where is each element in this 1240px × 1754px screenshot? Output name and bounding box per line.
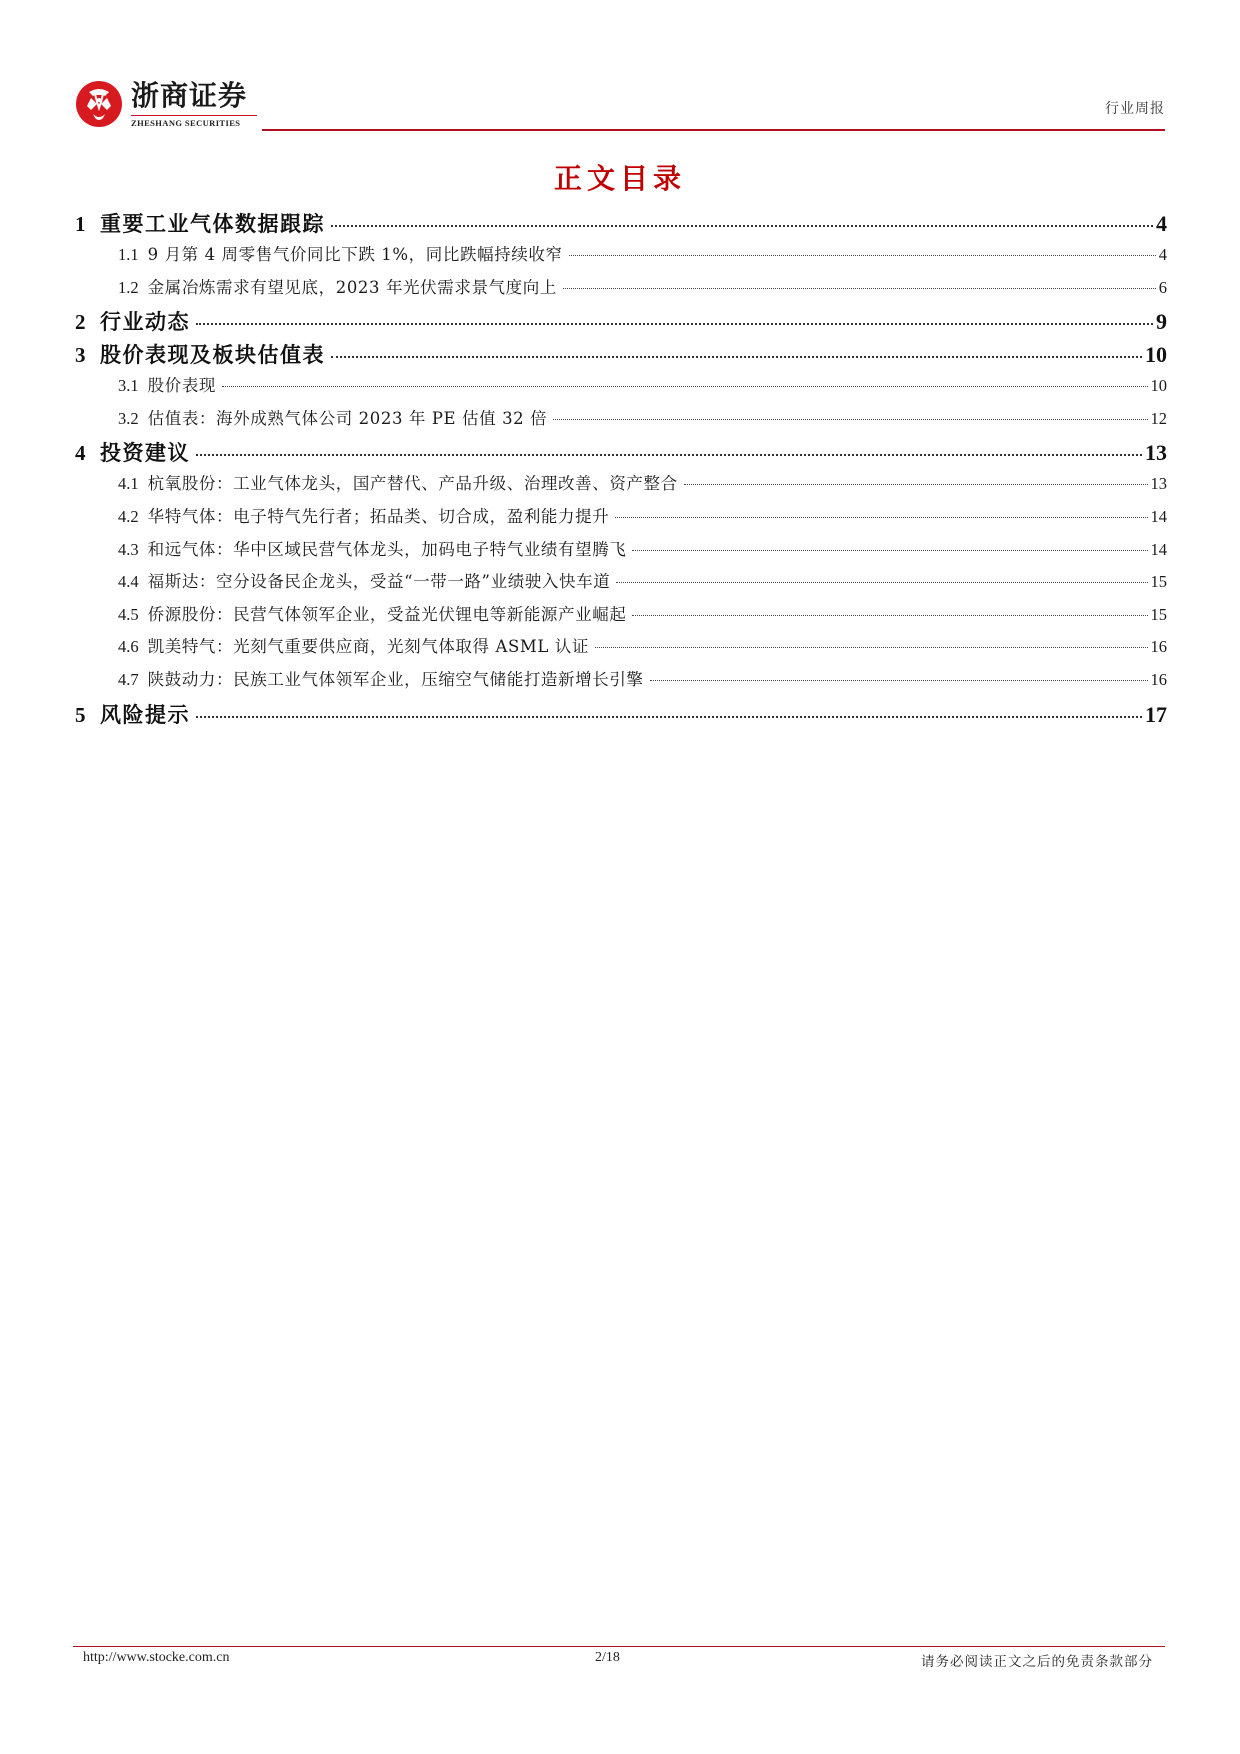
toc-entry-3[interactable]: 3 股价表现及板块估值表 10 xyxy=(75,339,1167,372)
toc-entry-page[interactable]: 13 xyxy=(1145,440,1167,466)
toc-entry-title[interactable]: 9 月第 4 周零售气价同比下跌 1%，同比跌幅持续收窄 xyxy=(148,241,563,265)
toc-entry-page[interactable]: 16 xyxy=(1151,670,1168,690)
toc-entry-page[interactable]: 10 xyxy=(1145,342,1167,368)
toc-entry-number: 4.4 xyxy=(118,572,139,592)
toc-entry-5[interactable]: 5 风险提示 17 xyxy=(75,699,1167,732)
toc-entry-page[interactable]: 4 xyxy=(1156,211,1167,237)
company-logo: 浙商证券 ZHESHANG SECURITIES xyxy=(75,76,265,136)
toc-entry-title[interactable]: 股价表现 xyxy=(148,372,216,396)
toc-entry-4-5[interactable]: 4.5 侨源股份：民营气体领军企业，受益光伏锂电等新能源产业崛起 15 xyxy=(75,601,1167,634)
dot-leader xyxy=(684,484,1148,485)
disclaimer-note: 请务必阅读正文之后的免责条款部分 xyxy=(921,1650,1153,1670)
toc-entry-4-4[interactable]: 4.4 福斯达：空分设备民企龙头，受益“一带一路”业绩驶入快车道 15 xyxy=(75,568,1167,601)
dot-leader xyxy=(222,386,1147,387)
toc-entry-number: 3 xyxy=(75,343,100,368)
toc-entry-1-1[interactable]: 1.1 9 月第 4 周零售气价同比下跌 1%，同比跌幅持续收窄 4 xyxy=(75,241,1167,274)
toc-entry-3-2[interactable]: 3.2 估值表：海外成熟气体公司 2023 年 PE 估值 32 倍 12 xyxy=(75,405,1167,438)
logo-chinese-name: 浙商证券 xyxy=(131,80,247,112)
dot-leader xyxy=(569,255,1156,256)
toc-entry-page[interactable]: 12 xyxy=(1151,409,1168,429)
dot-leader xyxy=(616,582,1147,583)
dot-leader xyxy=(632,550,1147,551)
toc-entry-title[interactable]: 侨源股份：民营气体领军企业，受益光伏锂电等新能源产业崛起 xyxy=(148,601,627,625)
toc-entry-4-6[interactable]: 4.6 凯美特气：光刻气重要供应商，光刻气体取得 ASML 认证 16 xyxy=(75,633,1167,666)
page-number: 2/18 xyxy=(595,1650,620,1666)
toc-entry-page[interactable]: 15 xyxy=(1151,572,1168,592)
footer-divider xyxy=(73,1646,1165,1647)
dot-leader xyxy=(632,615,1147,616)
toc-entry-title[interactable]: 陕鼓动力：民族工业气体领军企业，压缩空气储能打造新增长引擎 xyxy=(148,666,644,690)
toc-entry-title[interactable]: 和远气体：华中区域民营气体龙头，加码电子特气业绩有望腾飞 xyxy=(148,536,627,560)
page-header: 浙商证券 ZHESHANG SECURITIES 行业周报 xyxy=(75,76,1165,136)
toc-entry-number: 4.6 xyxy=(118,637,139,657)
toc-entry-title[interactable]: 重要工业气体数据跟踪 xyxy=(100,208,325,238)
toc-entry-title[interactable]: 风险提示 xyxy=(100,699,190,729)
toc-entry-number: 4 xyxy=(75,441,100,466)
website-link[interactable]: http://www.stocke.com.cn xyxy=(83,1650,229,1666)
toc-entry-title[interactable]: 华特气体：电子特气先行者；拓品类、切合成，盈利能力提升 xyxy=(148,503,610,527)
toc-entry-number: 4.7 xyxy=(118,670,139,690)
toc-entry-title[interactable]: 凯美特气：光刻气重要供应商，光刻气体取得 ASML 认证 xyxy=(148,633,589,657)
dot-leader xyxy=(331,225,1153,227)
toc-entry-page[interactable]: 16 xyxy=(1151,637,1168,657)
toc-entry-title[interactable]: 投资建议 xyxy=(100,437,190,467)
header-divider xyxy=(262,129,1165,131)
dot-leader xyxy=(615,517,1147,518)
toc-entry-number: 4.3 xyxy=(118,540,139,560)
toc-entry-2[interactable]: 2 行业动态 9 xyxy=(75,306,1167,339)
toc-entry-3-1[interactable]: 3.1 股价表现 10 xyxy=(75,372,1167,405)
dot-leader xyxy=(196,454,1142,456)
toc-entry-title[interactable]: 行业动态 xyxy=(100,306,190,336)
dot-leader xyxy=(595,647,1148,648)
toc-entry-title[interactable]: 福斯达：空分设备民企龙头，受益“一带一路”业绩驶入快车道 xyxy=(148,568,611,592)
toc-entry-1[interactable]: 1 重要工业气体数据跟踪 4 xyxy=(75,208,1167,241)
page-footer: http://www.stocke.com.cn 2/18 请务必阅读正文之后的… xyxy=(75,1650,1165,1674)
toc-entry-page[interactable]: 14 xyxy=(1151,507,1168,527)
toc-entry-4-2[interactable]: 4.2 华特气体：电子特气先行者；拓品类、切合成，盈利能力提升 14 xyxy=(75,503,1167,536)
toc-entry-number: 1.2 xyxy=(118,278,139,298)
dot-leader xyxy=(553,419,1147,420)
toc-entry-number: 4.2 xyxy=(118,507,139,527)
toc-entry-1-2[interactable]: 1.2 金属冶炼需求有望见底，2023 年光伏需求景气度向上 6 xyxy=(75,274,1167,307)
dot-leader xyxy=(563,288,1156,289)
toc-entry-page[interactable]: 14 xyxy=(1151,540,1168,560)
toc-entry-page[interactable]: 9 xyxy=(1156,309,1167,335)
dot-leader xyxy=(196,323,1153,325)
dot-leader xyxy=(331,356,1142,358)
toc-entry-number: 5 xyxy=(75,703,100,728)
toc-entry-number: 2 xyxy=(75,310,100,335)
toc-entry-4[interactable]: 4 投资建议 13 xyxy=(75,437,1167,470)
toc-entry-4-7[interactable]: 4.7 陕鼓动力：民族工业气体领军企业，压缩空气储能打造新增长引擎 16 xyxy=(75,666,1167,699)
dot-leader xyxy=(196,716,1142,718)
logo-separator xyxy=(131,115,257,116)
toc-entry-page[interactable]: 15 xyxy=(1151,605,1168,625)
toc-entry-title[interactable]: 股价表现及板块估值表 xyxy=(100,339,325,369)
toc-entry-4-3[interactable]: 4.3 和远气体：华中区域民营气体龙头，加码电子特气业绩有望腾飞 14 xyxy=(75,536,1167,569)
toc-entry-number: 1.1 xyxy=(118,245,139,265)
toc-entry-number: 4.1 xyxy=(118,474,139,494)
toc-entry-page[interactable]: 17 xyxy=(1145,702,1167,728)
toc-entry-number: 1 xyxy=(75,212,100,237)
toc-entry-page[interactable]: 13 xyxy=(1151,474,1168,494)
dot-leader xyxy=(650,680,1148,681)
toc-entry-page[interactable]: 10 xyxy=(1151,376,1168,396)
logo-english-name: ZHESHANG SECURITIES xyxy=(131,118,240,128)
toc-entry-4-1[interactable]: 4.1 杭氧股份：工业气体龙头，国产替代、产品升级、治理改善、资产整合 13 xyxy=(75,470,1167,503)
toc-entry-title[interactable]: 估值表：海外成熟气体公司 2023 年 PE 估值 32 倍 xyxy=(148,405,548,429)
zheshang-logo-icon xyxy=(75,80,123,128)
table-of-contents: 1 重要工业气体数据跟踪 4 1.1 9 月第 4 周零售气价同比下跌 1%，同… xyxy=(75,208,1167,732)
page-title: 正文目录 xyxy=(0,157,1240,197)
toc-entry-page[interactable]: 6 xyxy=(1159,278,1167,298)
toc-entry-title[interactable]: 金属冶炼需求有望见底，2023 年光伏需求景气度向上 xyxy=(148,274,557,298)
report-type-label: 行业周报 xyxy=(1105,98,1165,118)
toc-entry-number: 3.2 xyxy=(118,409,139,429)
toc-entry-number: 4.5 xyxy=(118,605,139,625)
toc-entry-title[interactable]: 杭氧股份：工业气体龙头，国产替代、产品升级、治理改善、资产整合 xyxy=(148,470,678,494)
toc-entry-page[interactable]: 4 xyxy=(1159,245,1167,265)
toc-entry-number: 3.1 xyxy=(118,376,139,396)
